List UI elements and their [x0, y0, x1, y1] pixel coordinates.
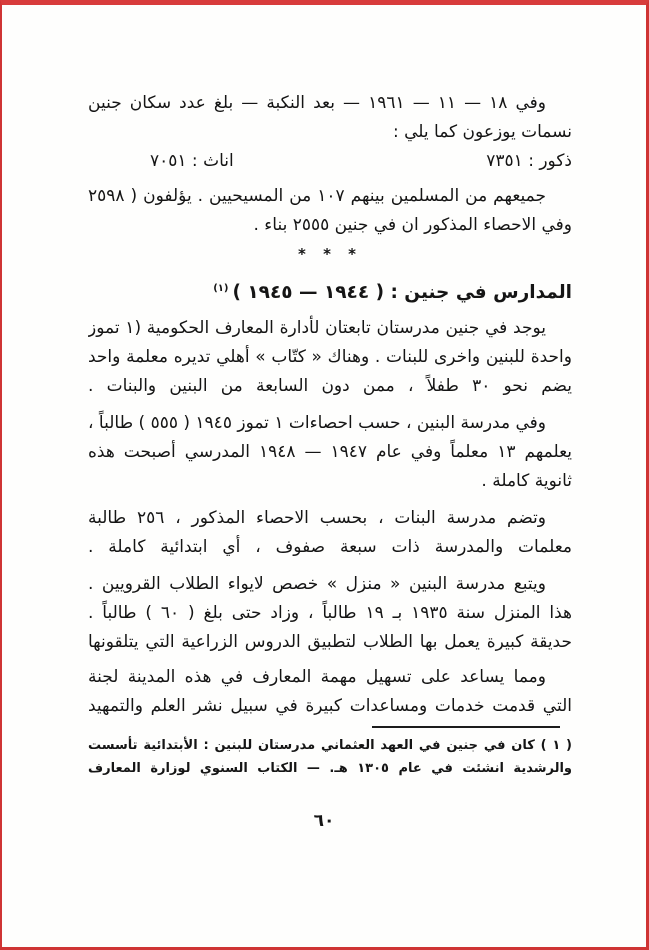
text-line: هذا المنزل سنة ١٩٣٥ بـ ١٩ طالباً ، وزاد …: [88, 599, 572, 628]
heading-text: المدارس في جنين : ( ١٩٤٤ — ١٩٤٥ ): [232, 282, 572, 303]
book-page: وفي ١٨ — ١١ — ١٩٦١ — بعد النكبة — بلغ عد…: [0, 0, 649, 950]
paragraph-population-detail: جميعهم من المسلمين بينهم ١٠٧ من المسيحيي…: [88, 182, 572, 240]
text-line: ثانوية كاملة .: [88, 467, 572, 496]
text-line: يعلمهم ١٣ معلماً وفي عام ١٩٤٧ — ١٩٤٨ الم…: [88, 438, 572, 467]
paragraph-student-hostel: ويتبع مدرسة البنين « منزل » خصص لايواء ا…: [88, 570, 572, 657]
text-column: وفي ١٨ — ١١ — ١٩٦١ — بعد النكبة — بلغ عد…: [88, 89, 572, 780]
text-line: ويتبع مدرسة البنين « منزل » خصص لايواء ا…: [88, 570, 572, 599]
stat-females: اناث : ٧٠٥١: [150, 147, 234, 176]
text-line: نسمات يوزعون كما يلي :: [88, 118, 572, 147]
text-line: جميعهم من المسلمين بينهم ١٠٧ من المسيحيي…: [88, 182, 572, 211]
text-line: معلمات والمدرسة ذات سبعة صفوف ، أي ابتدا…: [88, 533, 572, 562]
text-line: ومما يساعد على تسهيل مهمة المعارف في هذه…: [88, 663, 572, 692]
text-line: وفي ١٨ — ١١ — ١٩٦١ — بعد النكبة — بلغ عد…: [88, 89, 572, 118]
paragraph-schools-intro: يوجد في جنين مدرستان تابعتان لأدارة المع…: [88, 314, 572, 401]
page-number: ٦٠: [2, 811, 646, 831]
footnote-line: والرشدية انشئت في عام ١٣٠٥ هـ. — الكتاب …: [88, 757, 572, 780]
footnote-line: ( ١ ) كان في جنين في العهد العثماني مدرس…: [88, 734, 572, 757]
paragraph-education-committee: ومما يساعد على تسهيل مهمة المعارف في هذه…: [88, 663, 572, 721]
footnote-reference-mark: (١): [213, 283, 228, 294]
text-line: وفي الاحصاء المذكور ان في جنين ٢٥٥٥ بناء…: [88, 211, 572, 240]
footnote-block: ( ١ ) كان في جنين في العهد العثماني مدرس…: [88, 734, 572, 780]
paragraph-population-census: وفي ١٨ — ١١ — ١٩٦١ — بعد النكبة — بلغ عد…: [88, 89, 572, 147]
stat-males: ذكور : ٧٣٥١: [486, 147, 572, 176]
text-line: التي قدمت خدمات ومساعدات كبيرة في سبيل ن…: [88, 692, 572, 721]
text-line: واحدة للبنين واخرى للبنات . وهناك « كتّا…: [88, 343, 572, 372]
paragraph-girls-school: وتضم مدرسة البنات ، بحسب الاحصاء المذكور…: [88, 504, 572, 562]
footnote-separator-rule: [372, 726, 560, 728]
section-divider-stars: * * *: [88, 247, 572, 262]
text-line: يوجد في جنين مدرستان تابعتان لأدارة المع…: [88, 314, 572, 343]
text-line: وتضم مدرسة البنات ، بحسب الاحصاء المذكور…: [88, 504, 572, 533]
section-heading-schools: المدارس في جنين : ( ١٩٤٤ — ١٩٤٥ )(١): [88, 275, 572, 302]
population-stats-row: ذكور : ٧٣٥١ اناث : ٧٠٥١: [88, 147, 572, 176]
paragraph-boys-school: وفي مدرسة البنين ، حسب احصاءات ١ تموز ١٩…: [88, 409, 572, 496]
text-line: وفي مدرسة البنين ، حسب احصاءات ١ تموز ١٩…: [88, 409, 572, 438]
text-line: يضم نحو ٣٠ طفلاً ، ممن دون السابعة من ال…: [88, 372, 572, 401]
text-line: حديقة كبيرة يعمل بها الطلاب لتطبيق الدرو…: [88, 628, 572, 657]
